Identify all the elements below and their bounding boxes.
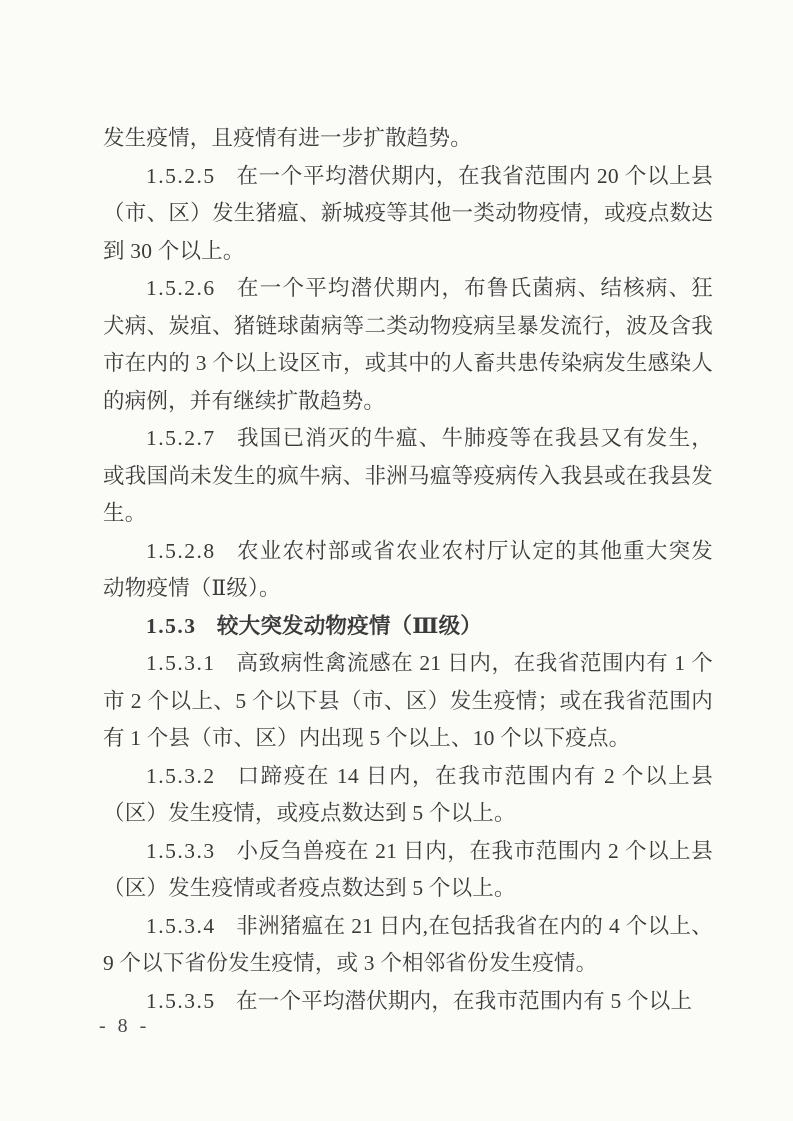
paragraph-1-5-2-5: 1.5.2.5在一个平均潜伏期内，在我省范围内 20 个以上县（市、区）发生猪瘟… — [103, 158, 713, 271]
page-number: - 8 - — [99, 1012, 146, 1040]
section-number: 1.5.3 — [146, 614, 197, 638]
paragraph-1-5-2-6: 1.5.2.6在一个平均潜伏期内，布鲁氏菌病、结核病、狂犬病、炭疽、猪链球菌病等… — [103, 270, 713, 420]
paragraph-1-5-3-5: 1.5.3.5在一个平均潜伏期内，在我市范围内有 5 个以上 — [103, 983, 713, 1021]
section-number: 1.5.3.5 — [146, 989, 216, 1013]
section-number: 1.5.3.4 — [146, 914, 216, 938]
paragraph-continuation: 发生疫情，且疫情有进一步扩散趋势。 — [103, 120, 713, 158]
paragraph-1-5-3-2: 1.5.3.2口蹄疫在 14 日内，在我市范围内有 2 个以上县（区）发生疫情，… — [103, 758, 713, 833]
paragraph-text: 在一个平均潜伏期内，在我市范围内有 5 个以上 — [236, 989, 692, 1013]
section-number: 1.5.2.8 — [146, 539, 216, 563]
section-number: 1.5.3.1 — [146, 651, 216, 675]
document-page: 发生疫情，且疫情有进一步扩散趋势。 1.5.2.5在一个平均潜伏期内，在我省范围… — [0, 0, 793, 1121]
section-number: 1.5.2.7 — [146, 426, 216, 450]
paragraph-1-5-3-3: 1.5.3.3小反刍兽疫在 21 日内，在我市范围内 2 个以上县（区）发生疫情… — [103, 833, 713, 908]
section-heading-1-5-3: 1.5.3较大突发动物疫情（Ⅲ级） — [103, 608, 713, 646]
section-number: 1.5.2.5 — [146, 164, 216, 188]
section-number: 1.5.3.2 — [146, 764, 216, 788]
section-number: 1.5.2.6 — [146, 276, 216, 300]
section-number: 1.5.3.3 — [146, 839, 216, 863]
document-text-block: 发生疫情，且疫情有进一步扩散趋势。 1.5.2.5在一个平均潜伏期内，在我省范围… — [103, 120, 713, 1020]
paragraph-1-5-3-4: 1.5.3.4非洲猪瘟在 21 日内,在包括我省在内的 4 个以上、9 个以下省… — [103, 908, 713, 983]
paragraph-1-5-2-7: 1.5.2.7我国已消灭的牛瘟、牛肺疫等在我县又有发生，或我国尚未发生的疯牛病、… — [103, 420, 713, 533]
paragraph-1-5-3-1: 1.5.3.1高致病性禽流感在 21 日内，在我省范围内有 1 个市 2 个以上… — [103, 645, 713, 758]
paragraph-text: 发生疫情，且疫情有进一步扩散趋势。 — [103, 126, 472, 150]
paragraph-1-5-2-8: 1.5.2.8农业农村部或省农业农村厅认定的其他重大突发动物疫情（Ⅱ级）。 — [103, 533, 713, 608]
heading-text: 较大突发动物疫情（Ⅲ级） — [217, 614, 482, 638]
